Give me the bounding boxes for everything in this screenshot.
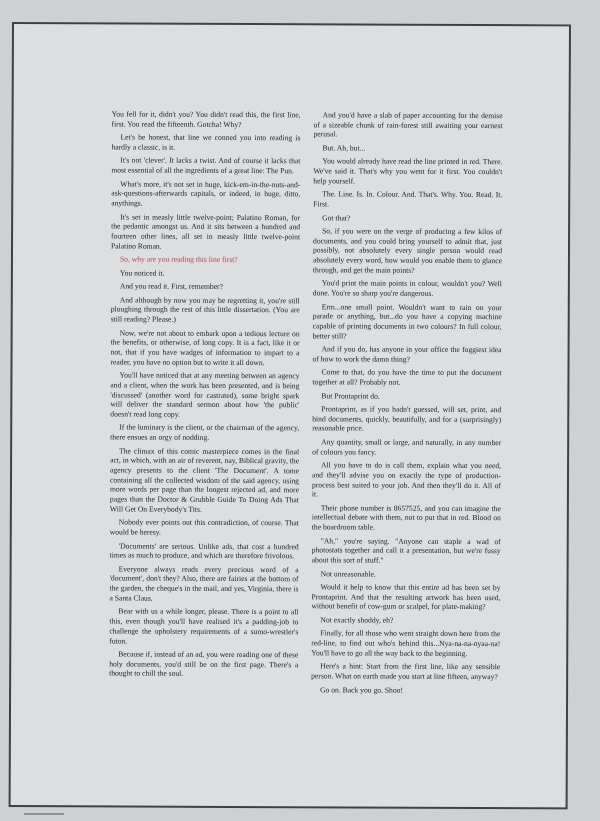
paragraph: The climax of this comic masterpiece com… — [110, 446, 299, 515]
paragraph: Any quantity, small or large, and natura… — [312, 437, 501, 457]
paragraph: You noticed it. — [111, 268, 300, 279]
ad-page: You fell for it, didn't you? You didn't … — [9, 22, 571, 809]
closing-line: Go on. Back you go. Shoo! — [311, 685, 500, 696]
paragraph: Let's be honest, that line we conned you… — [111, 133, 300, 153]
paragraph: Everyone always reads every precious wor… — [109, 564, 298, 604]
paragraph: And although by now you may be regrettin… — [111, 295, 300, 325]
paragraph: But Prontaprint do. — [312, 391, 501, 402]
paragraph: You would already have read the line pri… — [313, 157, 502, 187]
paragraph: What's more, it's not set in huge, kick-… — [111, 179, 300, 209]
paragraph: All you have to do is call them, explain… — [312, 460, 501, 500]
paragraph: And you read it. First, remember? — [111, 282, 300, 293]
paragraph: Now, we're not about to embark upon a te… — [110, 328, 299, 368]
phone-number-paragraph: Their phone number is 8657525, and you c… — [312, 503, 501, 533]
left-column: You fell for it, didn't you? You didn't … — [109, 109, 300, 683]
paragraph: Erm...one small point. Wouldn't want to … — [313, 302, 502, 342]
paragraph: Got that? — [313, 213, 502, 224]
paragraph: Because if, instead of an ad, you were r… — [109, 649, 298, 679]
paragraph: You fell for it, didn't you? You didn't … — [112, 109, 301, 129]
red-highlight-line: So, why are you reading this line first? — [111, 255, 300, 266]
paragraph: So, if you were on the verge of producin… — [313, 226, 502, 275]
paragraph: "Ah," you're saying. "Anyone can staple … — [312, 536, 501, 566]
paragraph: You'll have noticed that at any meeting … — [110, 371, 299, 420]
paragraph: Bear with us a while longer, please. The… — [109, 607, 298, 647]
paragraph: If the luminary is the client, or the ch… — [110, 423, 299, 443]
paragraph: Not unreasonable. — [312, 569, 501, 580]
paragraph: Not exactly shoddy, eh? — [311, 615, 500, 626]
paragraph: Would it help to know that this entire a… — [311, 582, 500, 612]
scan-edge-mark — [24, 813, 64, 815]
paragraph: You'd print the main points in colour, w… — [313, 279, 502, 299]
paragraph: And if you do, has anyone in your office… — [313, 344, 502, 364]
paragraph: Nobody ever points out this contradictio… — [110, 518, 299, 538]
paragraph: 'Documents' are serious. Unlike ads, tha… — [110, 541, 299, 561]
paragraph: And you'd have a slab of paper accountin… — [313, 110, 502, 140]
paragraph: It's set in measly little twelve-point; … — [111, 212, 300, 252]
paragraph: Come to that, do you have the time to pu… — [312, 368, 501, 388]
paragraph: Here's a hint: Start from the first line… — [311, 662, 500, 682]
paragraph: Finally, for all those who went straight… — [311, 629, 500, 659]
paragraph: It's not 'clever'. It lacks a twist. And… — [111, 156, 300, 176]
right-column: And you'd have a slab of paper accountin… — [311, 110, 503, 699]
paragraph: Prontaprint, as if you hadn't guessed, w… — [312, 404, 501, 434]
paragraph: The. Line. Is. In. Colour. And. That's. … — [313, 190, 502, 210]
paragraph: But. Ah, but... — [313, 143, 502, 154]
